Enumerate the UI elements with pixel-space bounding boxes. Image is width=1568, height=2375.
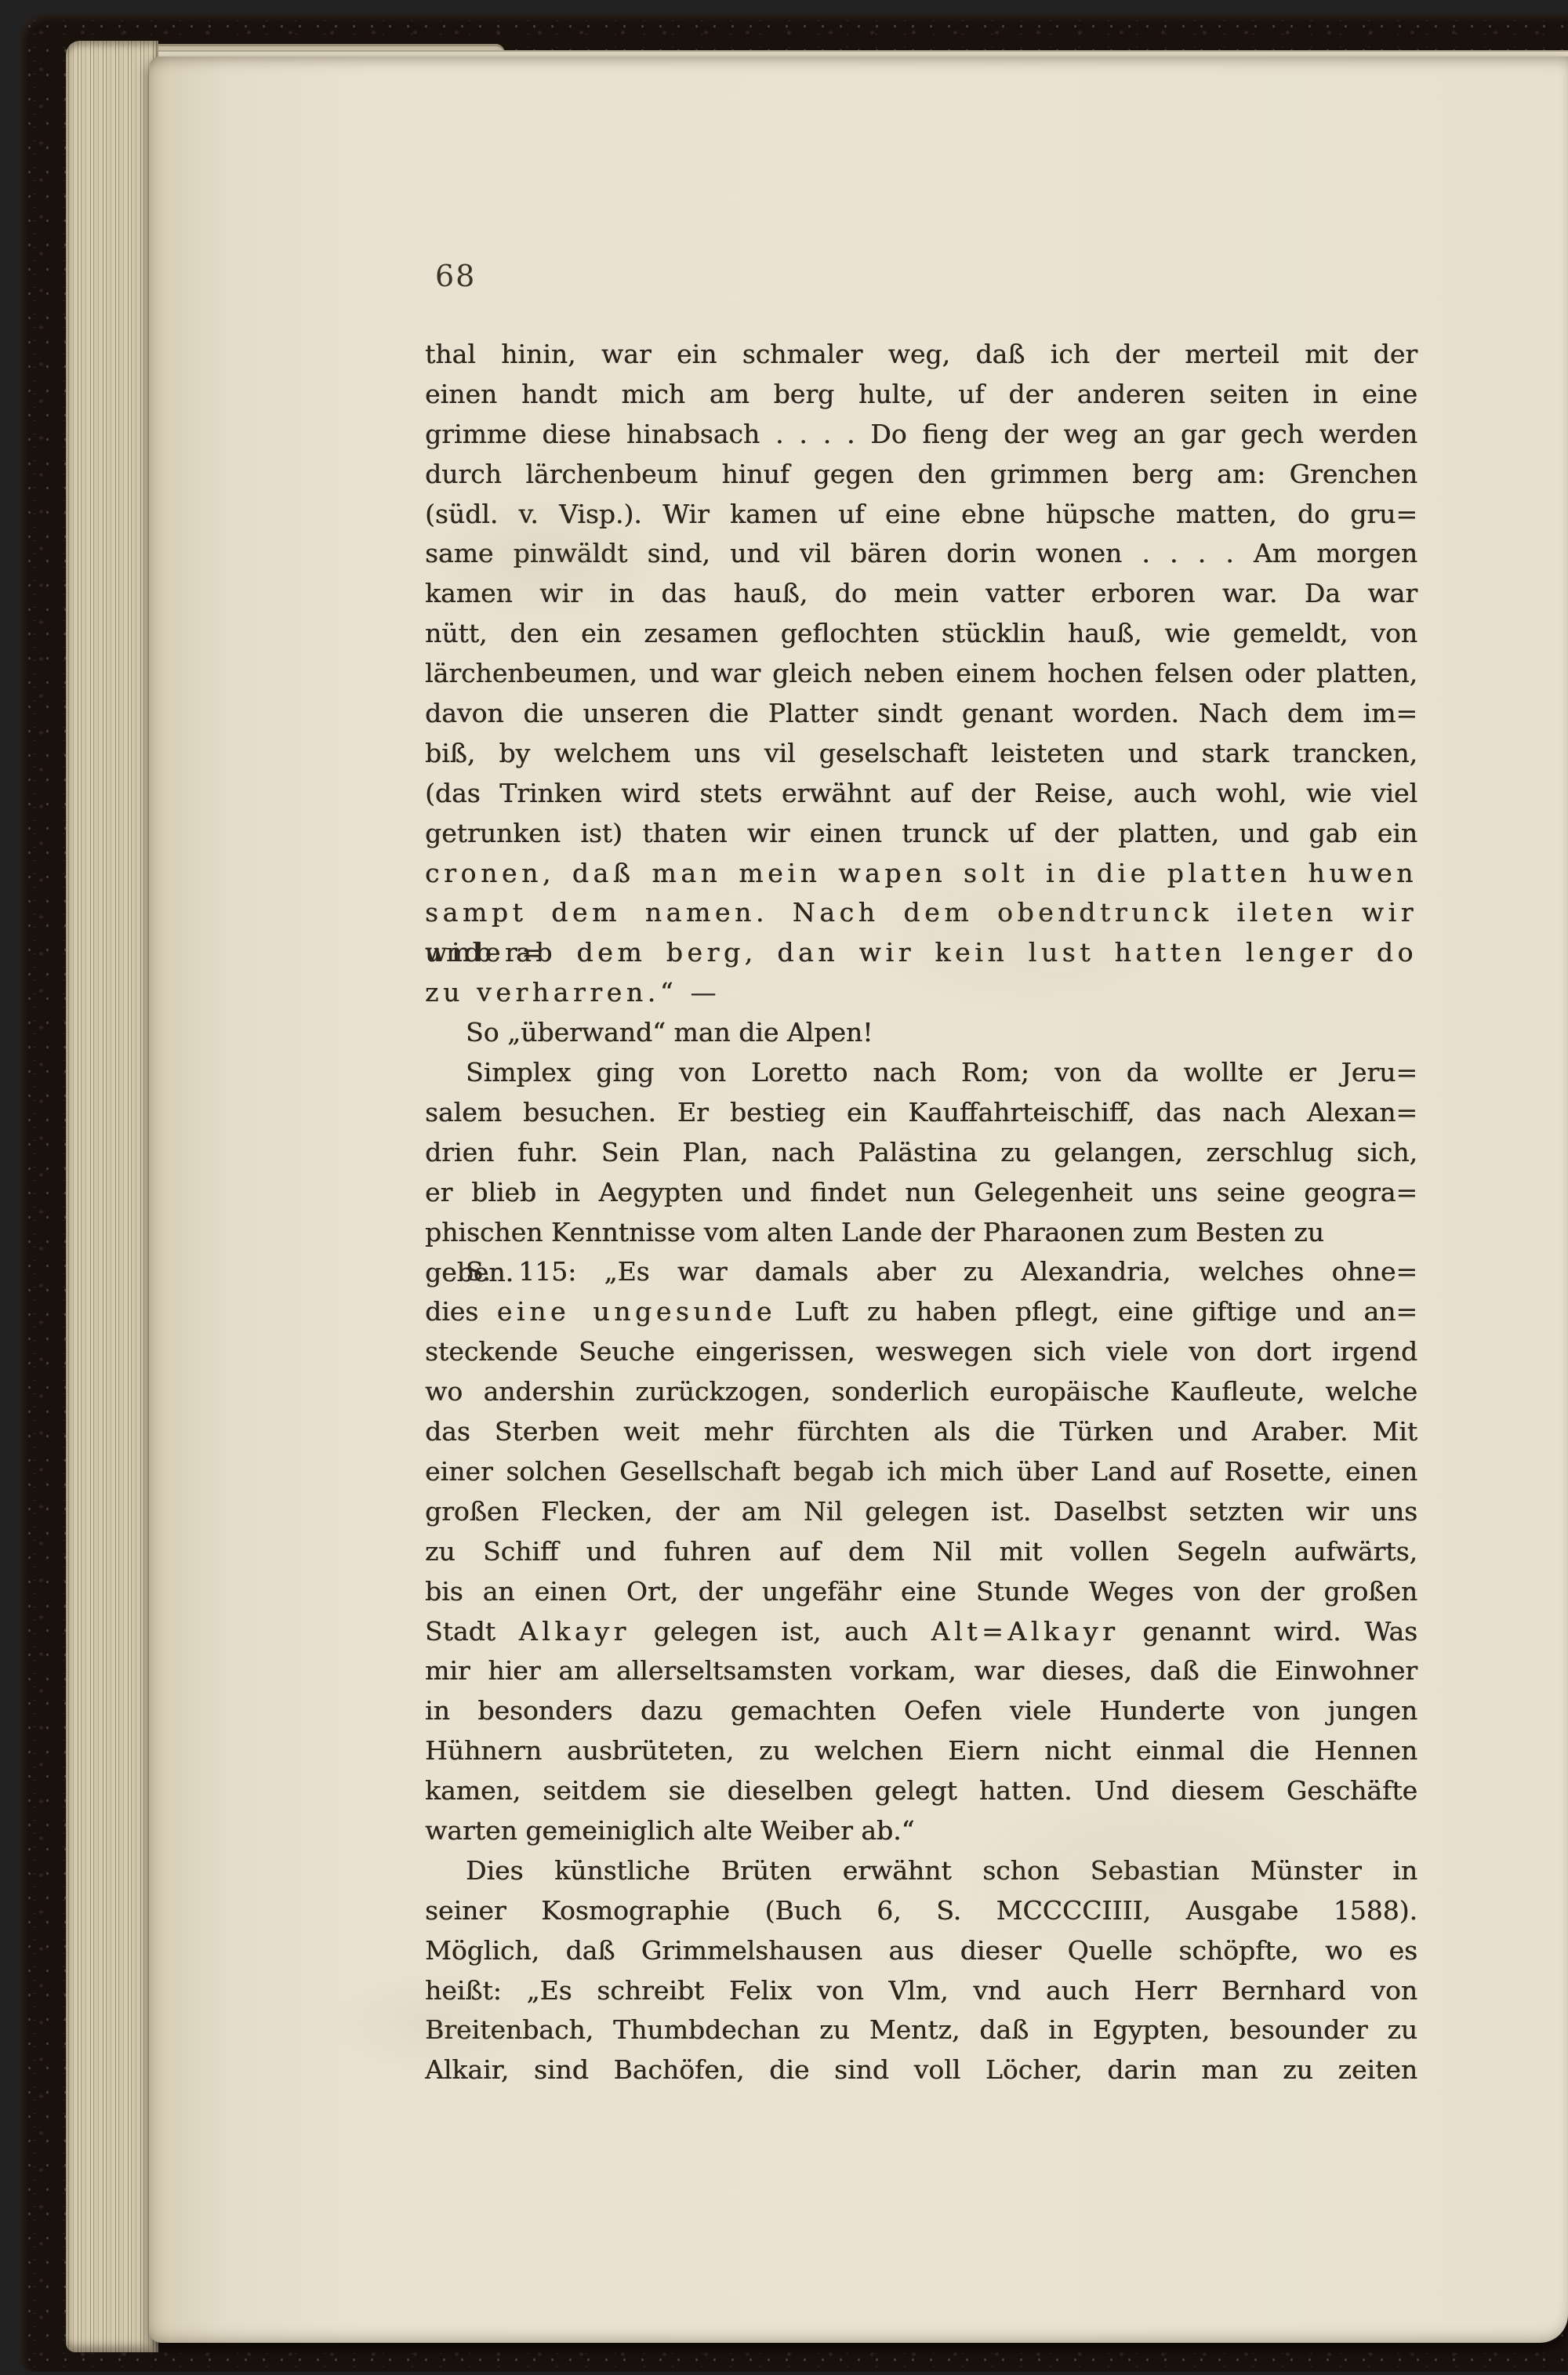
text-line: sampt dem namen. Nach dem obendtrunck il… [425,893,1417,933]
text-line: umb ab dem berg, dan wir kein lust hatte… [425,933,1417,973]
text-line: kamen, seitdem sie dieselben gelegt hatt… [425,1771,1417,1811]
text-line: warten gemeiniglich alte Weiber ab.“ [425,1811,1417,1851]
text-line: Breitenbach, Thumbdechan zu Mentz, daß i… [425,2010,1417,2050]
text-line: (das Trinken wird stets erwähnt auf der … [425,774,1417,814]
text-line: das Sterben weit mehr fürchten als die T… [425,1412,1417,1452]
text-line: dies eine ungesunde Luft zu haben pflegt… [425,1292,1417,1332]
text-line: S. 115: „Es war damals aber zu Alexandri… [425,1252,1417,1292]
text-line: bis an einen Ort, der ungefähr eine Stun… [425,1572,1417,1612]
text-line: same pinwäldt sind, und vil bären dorin … [425,534,1417,574]
text-line: nütt, den ein zesamen geflochten stückli… [425,614,1417,654]
page-edges [66,41,158,2352]
text-line: großen Flecken, der am Nil gelegen ist. … [425,1492,1417,1532]
text-line: grimme diese hinabsach . . . . Do fieng … [425,415,1417,455]
text-line: Simplex ging von Loretto nach Rom; von d… [425,1053,1417,1093]
text-line: thal hinin, war ein schmaler weg, daß ic… [425,335,1417,375]
text-line: So „überwand“ man die Alpen! [425,1013,1417,1053]
text-line: zu Schiff und fuhren auf dem Nil mit vol… [425,1532,1417,1572]
text-line: (südl. v. Visp.). Wir kamen uf eine ebne… [425,495,1417,535]
text-line: Möglich, daß Grimmelshausen aus dieser Q… [425,1931,1417,1971]
text-line: drien fuhr. Sein Plan, nach Palästina zu… [425,1133,1417,1173]
text-line: einen handt mich am berg hulte, uf der a… [425,375,1417,415]
text-line: Hühnern ausbrüteten, zu welchen Eiern ni… [425,1731,1417,1771]
text-line: kamen wir in das hauß, do mein vatter er… [425,574,1417,614]
text-line: lärchenbeumen, und war gleich neben eine… [425,654,1417,694]
text-line: durch lärchenbeum hinuf gegen den grimme… [425,455,1417,495]
text-line: in besonders dazu gemachten Oefen viele … [425,1691,1417,1731]
text-line: davon die unseren die Platter sindt gena… [425,694,1417,734]
text-line: mir hier am allerseltsamsten vorkam, war… [425,1651,1417,1691]
text-line: einer solchen Gesellschaft begab ich mic… [425,1452,1417,1492]
text-line: Dies künstliche Brüten erwähnt schon Seb… [425,1851,1417,1891]
text-line: steckende Seuche eingerissen, weswegen s… [425,1332,1417,1372]
text-line: er blieb in Aegypten und findet nun Gele… [425,1173,1417,1213]
text-line: cronen, daß man mein wapen solt in die p… [425,854,1417,894]
book-page: 68 thal hinin, war ein schmaler weg, daß… [149,56,1568,2343]
text-line: Alkair, sind Bachöfen, die sind voll Löc… [425,2050,1417,2090]
text-line: phischen Kenntnisse vom alten Lande der … [425,1213,1417,1253]
text-line: biß, by welchem uns vil geselschaft leis… [425,734,1417,774]
text-line: wo andershin zurückzogen, sonderlich eur… [425,1372,1417,1412]
text-line: seiner Kosmographie (Buch 6, S. MCCCCIII… [425,1891,1417,1931]
text-line: zu verharren.“ — [425,973,1417,1013]
text-line: getrunken ist) thaten wir einen trunck u… [425,814,1417,854]
text-line: heißt: „Es schreibt Felix von Vlm, vnd a… [425,1971,1417,2011]
text-line: Stadt Alkayr gelegen ist, auch Alt=Alkay… [425,1612,1417,1652]
page-text: thal hinin, war ein schmaler weg, daß ic… [425,335,1417,2090]
page-number: 68 [435,259,476,293]
text-line: salem besuchen. Er bestieg ein Kauffahrt… [425,1093,1417,1133]
